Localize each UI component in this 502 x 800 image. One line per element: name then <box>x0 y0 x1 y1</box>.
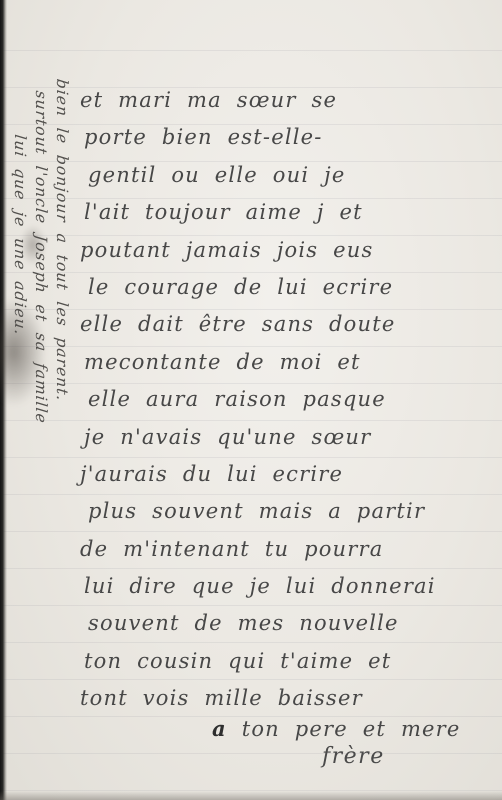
scan-edge-bottom <box>0 791 502 800</box>
closing-line: a ton pere et mere <box>212 716 461 741</box>
margin-line: surtout l'oncle Joseph et sa famille <box>30 90 51 746</box>
letter-page: bien le bonjour a tout les parent. surto… <box>0 0 502 800</box>
letter-line: poutant jamais jois eus <box>80 232 498 269</box>
letter-line: porte bien est-elle- <box>84 119 498 156</box>
letter-line: je n'avais qu'une sœur <box>84 419 498 456</box>
letter-line: le courage de lui ecrire <box>88 269 498 306</box>
margin-note: bien le bonjour a tout les parent. surto… <box>8 73 72 748</box>
letter-line: de m'intenant tu pourra <box>80 531 498 568</box>
letter-line: elle aura raison pasque <box>88 381 498 418</box>
margin-line: lui que je une adieu. <box>9 133 30 743</box>
letter-line: souvent de mes nouvelle <box>88 605 498 642</box>
letter-line: ton cousin qui t'aime et <box>84 643 498 680</box>
letter-line: j'aurais du lui ecrire <box>80 456 498 493</box>
letter-line: l'ait toujour aime j et <box>84 194 498 231</box>
signature: frère <box>322 744 385 769</box>
closing-lead-letter: a <box>212 716 227 741</box>
closing-text: ton pere et mere <box>242 717 461 741</box>
letter-line: plus souvent mais a partir <box>88 493 498 530</box>
letter-line: gentil ou elle oui je <box>88 157 498 194</box>
letter-body: et mari ma sœur se porte bien est-elle- … <box>80 82 498 718</box>
letter-line: et mari ma sœur se <box>80 82 498 119</box>
letter-line: elle dait être sans doute <box>80 306 498 343</box>
letter-line: tont vois mille baisser <box>80 680 498 717</box>
letter-line: mecontante de moi et <box>84 344 498 381</box>
margin-line: bien le bonjour a tout les parent. <box>51 78 72 748</box>
letter-line: lui dire que je lui donnerai <box>84 568 498 605</box>
